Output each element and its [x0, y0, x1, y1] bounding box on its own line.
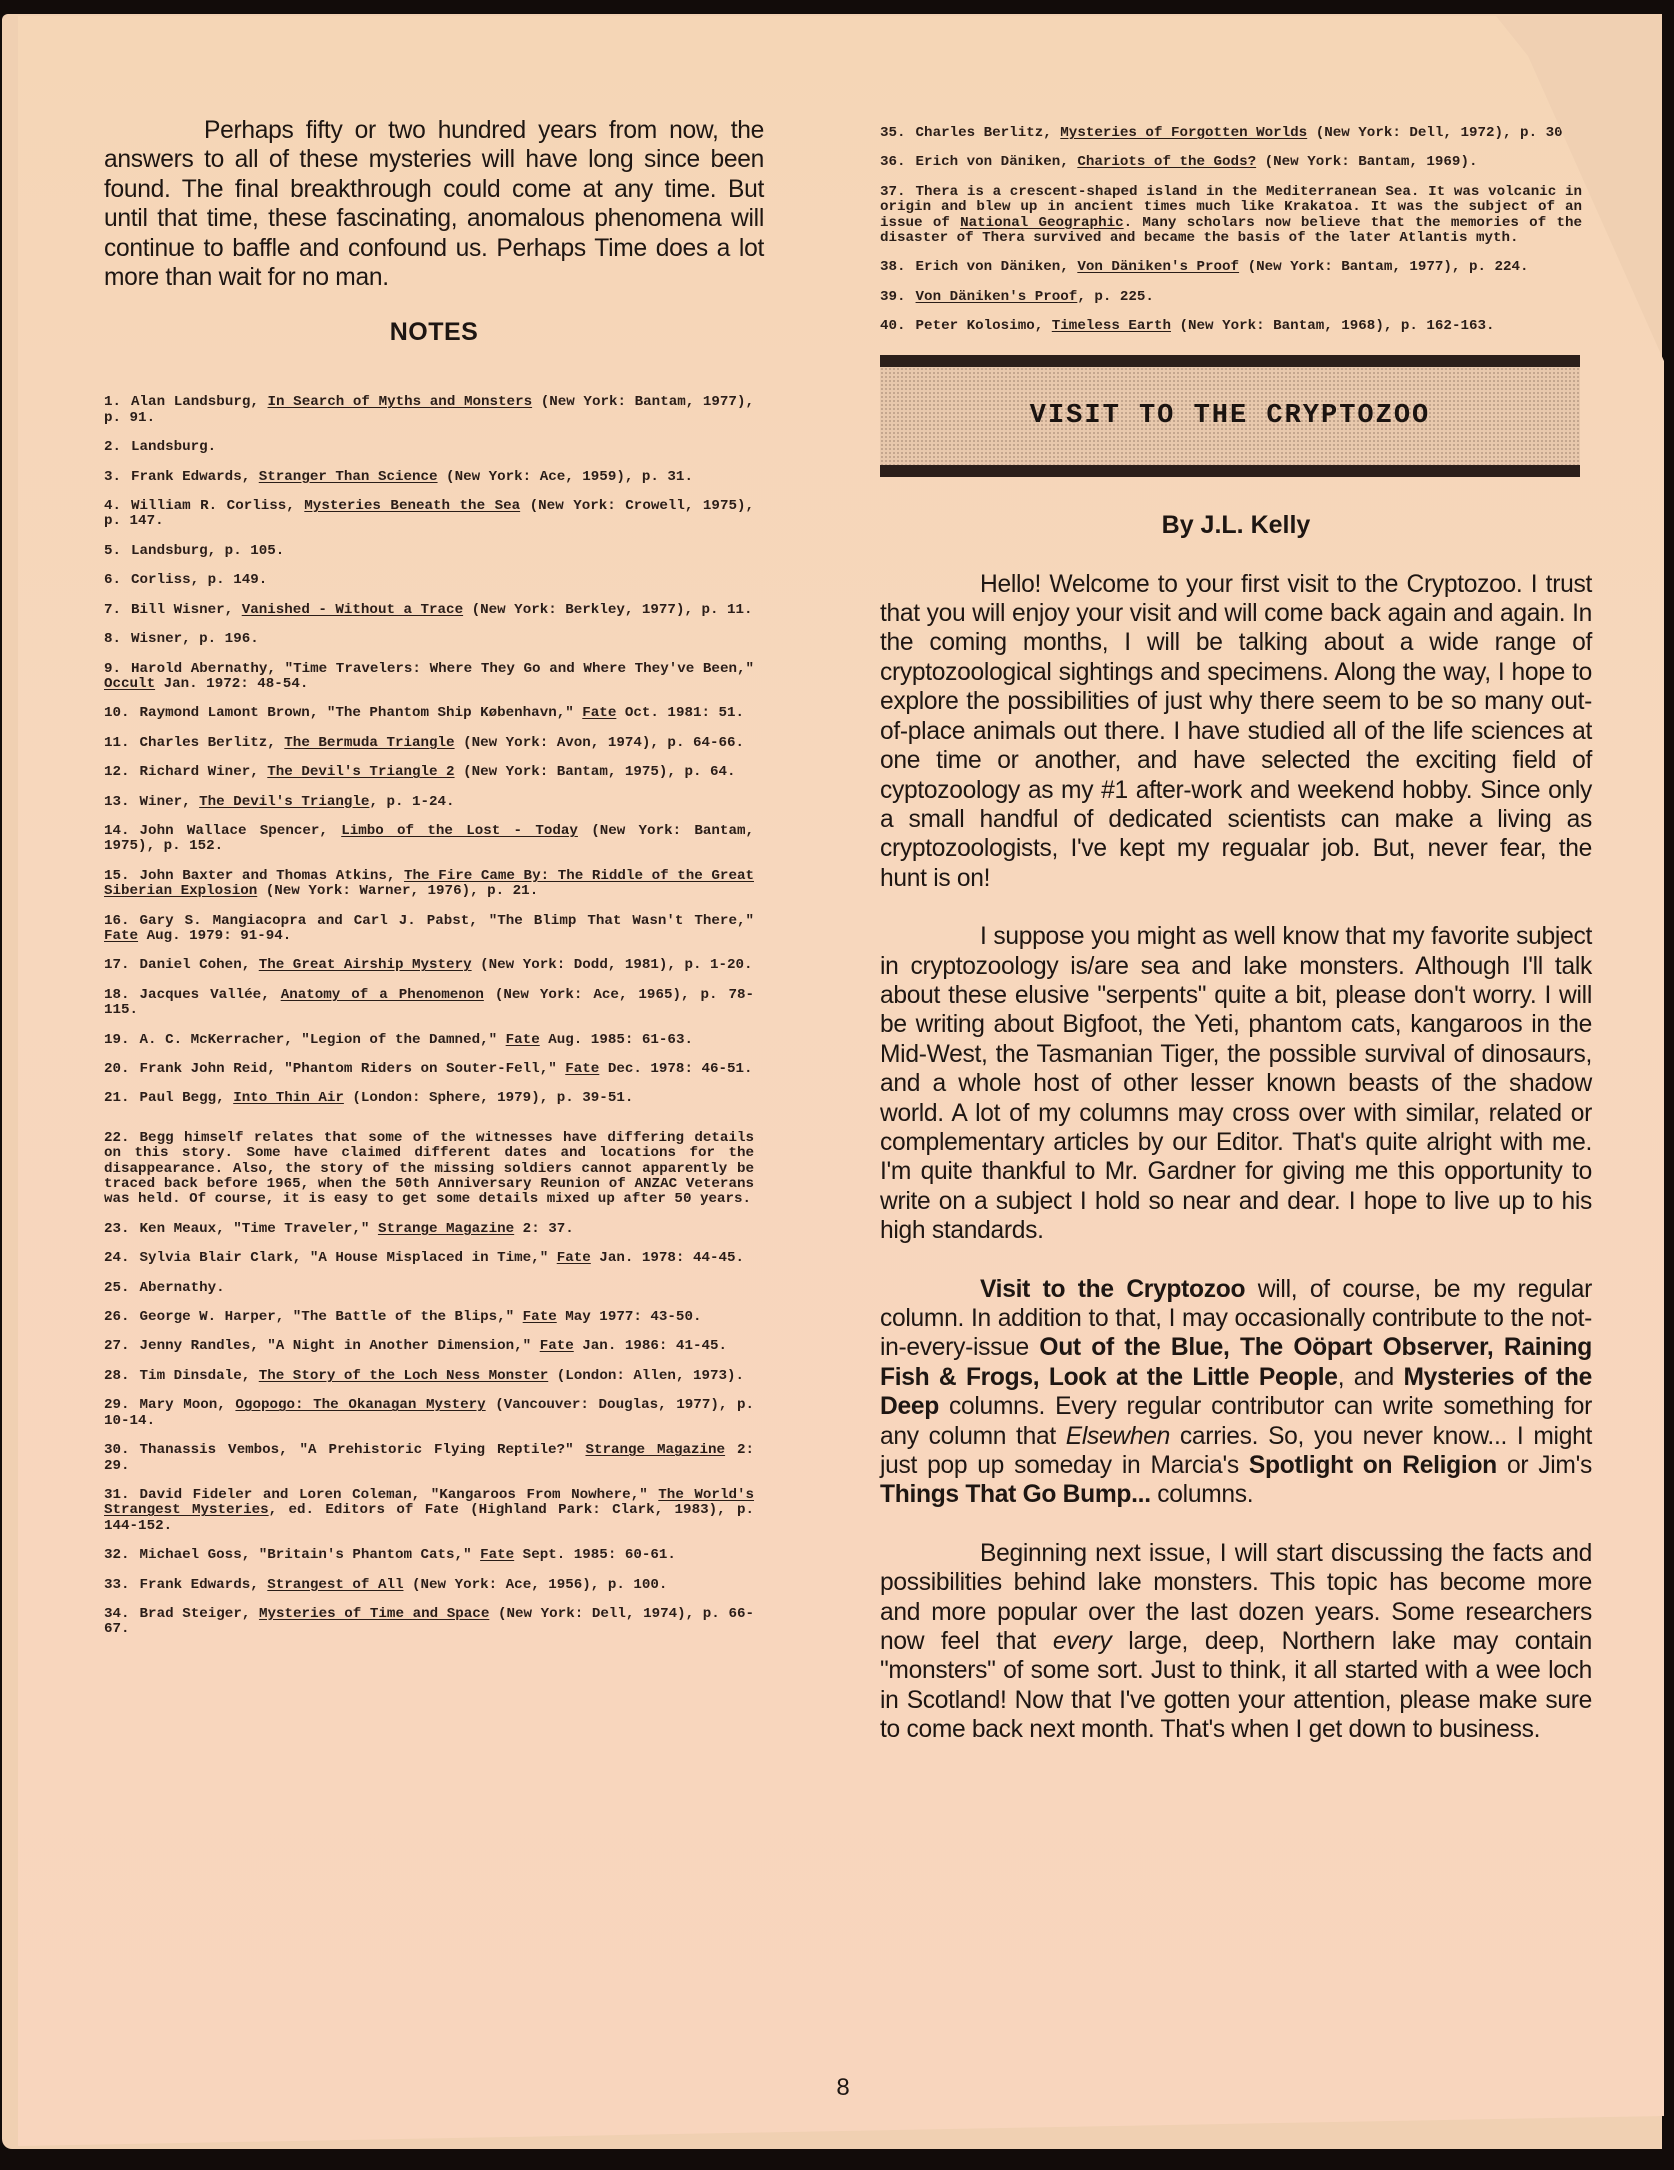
footnote-number: 40.	[880, 318, 906, 334]
footnote: 26.George W. Harper, "The Battle of the …	[104, 1310, 764, 1325]
citation-title: Ogopogo: The Okanagan Mystery	[235, 1397, 485, 1413]
citation-title: Timeless Earth	[1052, 318, 1171, 334]
citation-title: Fate	[557, 1250, 591, 1266]
banner-top-rule	[880, 355, 1580, 367]
footnote: 18.Jacques Vallée, Anatomy of a Phenomen…	[104, 988, 764, 1019]
footnote: 28.Tim Dinsdale, The Story of the Loch N…	[104, 1369, 764, 1384]
footnote: 14.John Wallace Spencer, Limbo of the Lo…	[104, 824, 764, 855]
left-column: Perhaps fifty or two hundred years from …	[104, 116, 764, 1652]
footnote-number: 24.	[104, 1250, 130, 1266]
footnote-number: 38.	[880, 259, 906, 275]
citation-title: Strange Magazine	[585, 1442, 725, 1458]
article-paragraph: I suppose you might as well know that my…	[880, 922, 1592, 1245]
article-paragraph: Visit to the Cryptozoo will, of course, …	[880, 1275, 1592, 1510]
citation-title: Stranger Than Science	[259, 469, 438, 485]
footnote-number: 14.	[104, 823, 130, 839]
footnote-number: 6.	[104, 572, 121, 588]
footnote: 6.Corliss, p. 149.	[104, 573, 764, 588]
footnote-number: 23.	[104, 1221, 130, 1237]
citation-title: National Geographic	[960, 215, 1124, 231]
footnote: 39.Von Däniken's Proof, p. 225.	[880, 290, 1592, 305]
footnote-number: 20.	[104, 1061, 130, 1077]
footnote-number: 37.	[880, 184, 906, 200]
footnote: 8.Wisner, p. 196.	[104, 632, 764, 647]
footnote-number: 17.	[104, 957, 130, 973]
page-number: 8	[18, 2074, 1668, 2102]
footnote: 37.Thera is a crescent-shaped island in …	[880, 185, 1592, 247]
citation-title: Von Däniken's Proof	[1077, 259, 1239, 275]
footnote: 36.Erich von Däniken, Chariots of the Go…	[880, 155, 1592, 170]
footnote: 16.Gary S. Mangiacopra and Carl J. Pabst…	[104, 914, 764, 945]
footnote-number: 33.	[104, 1577, 130, 1593]
column-banner: VISIT TO THE CRYPTOZOO	[880, 355, 1580, 477]
citation-title: Limbo of the Lost - Today	[341, 823, 578, 839]
article-paragraph: Beginning next issue, I will start discu…	[880, 1539, 1592, 1745]
citation-title: Into Thin Air	[233, 1090, 344, 1106]
notes-list-continued: 35.Charles Berlitz, Mysteries of Forgott…	[880, 126, 1592, 335]
closing-paragraph: Perhaps fifty or two hundred years from …	[104, 116, 764, 292]
footnote: 15.John Baxter and Thomas Atkins, The Fi…	[104, 869, 764, 900]
footnote-number: 28.	[104, 1368, 130, 1384]
footnote-number: 15.	[104, 868, 130, 884]
citation-title: Chariots of the Gods?	[1077, 154, 1256, 170]
citation-title: Fate	[480, 1547, 514, 1563]
citation-title: Mysteries Beneath the Sea	[304, 498, 520, 514]
notes-list: 1.Alan Landsburg, In Search of Myths and…	[104, 395, 764, 1637]
footnote-number: 30.	[104, 1442, 130, 1458]
footnote: 11.Charles Berlitz, The Bermuda Triangle…	[104, 736, 764, 751]
notes-heading: NOTES	[104, 318, 764, 347]
footnote: 13.Winer, The Devil's Triangle, p. 1-24.	[104, 795, 764, 810]
citation-title: Anatomy of a Phenomenon	[281, 987, 484, 1003]
article-body: Hello! Welcome to your first visit to th…	[880, 570, 1592, 1745]
footnote: 23.Ken Meaux, "Time Traveler," Strange M…	[104, 1222, 764, 1237]
footnote-number: 39.	[880, 289, 906, 305]
citation-title: Vanished - Without a Trace	[242, 602, 463, 618]
citation-title: Von Däniken's Proof	[916, 289, 1078, 305]
footnote-number: 7.	[104, 602, 121, 618]
footnote: 24.Sylvia Blair Clark, "A House Misplace…	[104, 1251, 764, 1266]
footnote: 4.William R. Corliss, Mysteries Beneath …	[104, 499, 764, 530]
footnote-number: 35.	[880, 125, 906, 141]
citation-title: Occult	[104, 676, 155, 692]
footnote-number: 25.	[104, 1280, 130, 1296]
citation-title: Strangest of All	[267, 1577, 403, 1593]
footnote: 12.Richard Winer, The Devil's Triangle 2…	[104, 765, 764, 780]
footnote-number: 16.	[104, 913, 130, 929]
banner-bottom-rule	[880, 465, 1580, 477]
footnote: 29.Mary Moon, Ogopogo: The Okanagan Myst…	[104, 1398, 764, 1429]
footnote-number: 27.	[104, 1338, 130, 1354]
citation-title: Fate	[523, 1309, 557, 1325]
footnote: 19.A. C. McKerracher, "Legion of the Dam…	[104, 1033, 764, 1048]
citation-title: Fate	[540, 1338, 574, 1354]
footnote-number: 19.	[104, 1032, 130, 1048]
footnote-number: 13.	[104, 794, 130, 810]
citation-title: Mysteries of Forgotten Worlds	[1060, 125, 1307, 141]
banner-title: VISIT TO THE CRYPTOZOO	[1030, 401, 1430, 431]
citation-title: The Devil's Triangle	[199, 794, 369, 810]
citation-title: The Bermuda Triangle	[284, 735, 454, 751]
citation-title: The Story of the Loch Ness Monster	[259, 1368, 548, 1384]
footnote-number: 31.	[104, 1487, 130, 1503]
footnote: 34.Brad Steiger, Mysteries of Time and S…	[104, 1607, 764, 1638]
footnote: 32.Michael Goss, "Britain's Phantom Cats…	[104, 1548, 764, 1563]
footnote-number: 26.	[104, 1309, 130, 1325]
byline: By J.L. Kelly	[880, 511, 1592, 540]
footnote-number: 1.	[104, 394, 121, 410]
magazine-page: Perhaps fifty or two hundred years from …	[18, 16, 1664, 2146]
footnote: 5.Landsburg, p. 105.	[104, 544, 764, 559]
footnote-number: 4.	[104, 498, 121, 514]
footnote-number: 3.	[104, 469, 121, 485]
footnote-number: 21.	[104, 1090, 130, 1106]
footnote: 21.Paul Begg, Into Thin Air (London: Sph…	[104, 1091, 764, 1106]
footnote: 35.Charles Berlitz, Mysteries of Forgott…	[880, 126, 1592, 141]
footnote: 38.Erich von Däniken, Von Däniken's Proo…	[880, 260, 1592, 275]
footnote: 31.David Fideler and Loren Coleman, "Kan…	[104, 1488, 764, 1534]
footnote-number: 18.	[104, 987, 130, 1003]
footnote-number: 12.	[104, 764, 130, 780]
citation-title: Fate	[582, 705, 616, 721]
footnote-number: 9.	[104, 661, 121, 677]
citation-title: Fate	[565, 1061, 599, 1077]
footnote: 27.Jenny Randles, "A Night in Another Di…	[104, 1339, 764, 1354]
footnote: 22.Begg himself relates that some of the…	[104, 1131, 764, 1208]
footnote: 33.Frank Edwards, Strangest of All (New …	[104, 1578, 764, 1593]
citation-title: Mysteries of Time and Space	[259, 1606, 489, 1622]
footnote: 40.Peter Kolosimo, Timeless Earth (New Y…	[880, 319, 1592, 334]
footnote: 3.Frank Edwards, Stranger Than Science (…	[104, 470, 764, 485]
footnote: 25.Abernathy.	[104, 1281, 764, 1296]
footnote-number: 22.	[104, 1130, 130, 1146]
footnote: 30.Thanassis Vembos, "A Prehistoric Flyi…	[104, 1443, 764, 1474]
footnote: 10.Raymond Lamont Brown, "The Phantom Sh…	[104, 706, 764, 721]
footnote: 1.Alan Landsburg, In Search of Myths and…	[104, 395, 764, 426]
footnote: 17.Daniel Cohen, The Great Airship Myste…	[104, 958, 764, 973]
citation-title: Fate	[506, 1032, 540, 1048]
footnote-number: 36.	[880, 154, 906, 170]
footnote-number: 34.	[104, 1606, 130, 1622]
citation-title: The Devil's Triangle 2	[267, 764, 454, 780]
footnote: 9.Harold Abernathy, "Time Travelers: Whe…	[104, 662, 764, 693]
citation-title: Fate	[104, 928, 138, 944]
citation-title: In Search of Myths and Monsters	[268, 394, 533, 410]
right-column: 35.Charles Berlitz, Mysteries of Forgott…	[880, 126, 1592, 1774]
footnote: 2.Landsburg.	[104, 440, 764, 455]
footnote-number: 32.	[104, 1547, 130, 1563]
footnote-number: 11.	[104, 735, 130, 751]
citation-title: Strange Magazine	[378, 1221, 514, 1237]
footnote-number: 5.	[104, 543, 121, 559]
footnote: 20.Frank John Reid, "Phantom Riders on S…	[104, 1062, 764, 1077]
article-paragraph: Hello! Welcome to your first visit to th…	[880, 570, 1592, 893]
footnote-number: 10.	[104, 705, 130, 721]
footnote-number: 29.	[104, 1397, 130, 1413]
footnote-number: 2.	[104, 439, 121, 455]
footnote-number: 8.	[104, 631, 121, 647]
footnote: 7.Bill Wisner, Vanished - Without a Trac…	[104, 603, 764, 618]
citation-title: The Great Airship Mystery	[259, 957, 472, 973]
banner-shaded-box: VISIT TO THE CRYPTOZOO	[880, 367, 1580, 465]
